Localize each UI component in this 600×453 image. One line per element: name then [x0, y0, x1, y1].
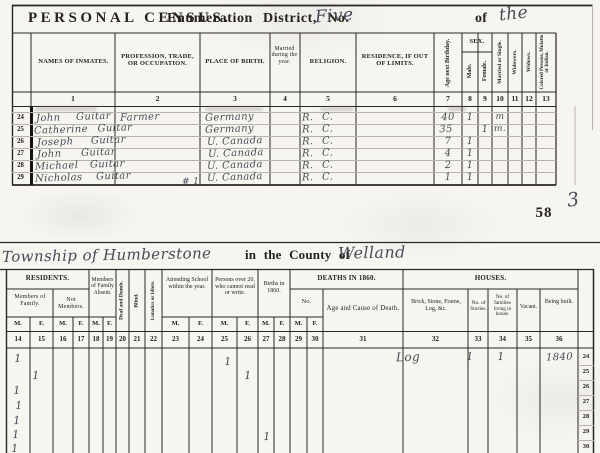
faded-row-fragment: [448, 106, 466, 111]
col-number-30: 30: [307, 335, 323, 343]
header-age-next-birthday: Age next Birthday.: [435, 36, 461, 90]
col27-mf-label: M.: [258, 320, 274, 327]
col-number-27: 27: [258, 335, 274, 343]
inmate-religion: R. C.: [302, 159, 334, 171]
col-number-36: 36: [540, 335, 578, 343]
header-residents-group: RESIDENTS.: [6, 275, 89, 283]
col24-mf-label: F.: [189, 320, 212, 327]
col29-mf-label: M.: [290, 320, 307, 327]
col-number-26: 26: [237, 335, 258, 343]
col-number-14: 14: [6, 335, 30, 343]
col-number-20: 20: [116, 335, 129, 343]
header-members-of-family: Members of Family.: [8, 294, 52, 307]
header-deaf-and-dumb: Deaf and Dumb.: [116, 273, 129, 329]
col-number-33: 33: [468, 335, 488, 343]
col-number-31: 31: [323, 335, 403, 343]
family-member-male-tally: 1: [5, 442, 25, 453]
col19-mf-label: F.: [103, 320, 116, 327]
margin-row-number: 24: [579, 353, 593, 360]
col16-mf-label: M.: [53, 320, 73, 327]
col-number-17: 17: [73, 335, 89, 343]
row-number: 24: [12, 114, 29, 121]
col-number-32: 32: [403, 335, 468, 343]
margin-row-number: 29: [579, 428, 593, 435]
of-label: of: [475, 11, 487, 27]
inmate-occupation-note: # 1: [182, 177, 200, 188]
col-number-12: 12: [522, 94, 536, 103]
margin-row-number: 25: [579, 368, 593, 375]
header-births-1860: Births in 1860.: [259, 281, 289, 294]
header-houses-group: HOUSES.: [404, 275, 577, 283]
family-member-male-tally: 1: [7, 384, 27, 398]
col-number-3: 3: [200, 94, 270, 103]
header-profession: PROFESSION, TRADE, OR OCCUPATION.: [117, 53, 198, 68]
col17-mf-label: F.: [73, 320, 89, 327]
header-married-or-single: Married or Single.: [492, 35, 508, 89]
header-religion: RELIGION.: [302, 58, 354, 65]
cannot-read-male-tally: 1: [218, 355, 238, 369]
sex-male-mark: 1: [462, 136, 478, 148]
inmate-religion: R. C.: [302, 171, 334, 183]
col-number-19: 19: [103, 335, 116, 343]
stories-tally: 1: [461, 350, 479, 364]
col-number-8: 8: [462, 94, 478, 103]
township-value-handwritten: Township of Humberstone: [2, 244, 212, 266]
col-number-7: 7: [434, 94, 462, 103]
census-page-scan: PERSONAL CENSUS. Enumeration District, N…: [0, 0, 600, 453]
inmate-birthplace: Germany: [205, 111, 254, 124]
header-being-built: Being built.: [541, 299, 577, 306]
inmate-birthplace: U. Canada: [207, 135, 263, 148]
families-in-house-tally: 1: [492, 350, 510, 364]
inmate-religion: R. C.: [302, 123, 334, 135]
margin-row-number: 30: [579, 443, 593, 450]
header-place-of-birth: PLACE OF BIRTH.: [202, 58, 268, 65]
district-value-handwritten: Five: [314, 5, 354, 28]
header-deaths-no: No.: [291, 298, 322, 305]
col18-mf-label: M.: [89, 320, 103, 327]
county-label: in the County of: [245, 248, 350, 263]
header-male: Male.: [462, 53, 478, 89]
row-number: 29: [12, 174, 29, 181]
sex-male-mark: 1: [462, 148, 478, 160]
header-female: Female.: [477, 53, 493, 89]
family-member-female-tally: 1: [26, 369, 46, 383]
inmate-age: 1: [436, 172, 460, 184]
family-member-male-tally: 1: [9, 399, 29, 413]
inmate-religion: R. C.: [302, 111, 334, 123]
births-male-tally: 1: [258, 430, 276, 444]
col-number-24: 24: [189, 335, 212, 343]
inmate-age: 35: [434, 124, 458, 136]
header-names-of-inmates: NAMES OF INMATES.: [33, 58, 114, 65]
family-member-male-tally: 1: [7, 414, 27, 428]
col-number-15: 15: [30, 335, 53, 343]
inmate-age: 4: [436, 148, 460, 160]
faded-row-fragment: [35, 107, 97, 111]
header-families-living-in-house: No. of families living in house.: [489, 295, 516, 318]
inmate-birthplace: Germany: [205, 123, 254, 136]
header-family-absent: Members of Family Absent.: [90, 277, 115, 296]
col-number-11: 11: [508, 94, 522, 103]
col-number-10: 10: [492, 94, 508, 103]
header-brick-stone-frame-log: Brick, Stone, Frame, Log, &c.: [405, 299, 467, 312]
county-value-handwritten: Welland: [338, 242, 406, 262]
col-number-5: 5: [300, 94, 356, 103]
inmate-birthplace: U. Canada: [208, 147, 264, 160]
header-no-of-stories: No. of Stories.: [469, 300, 488, 312]
married-mark: m: [492, 112, 508, 123]
header-vacant: Vacant.: [518, 304, 539, 310]
col-number-34: 34: [488, 335, 517, 343]
header-married-during-year: Married during the year.: [271, 46, 298, 65]
family-member-male-tally: 1: [6, 428, 26, 442]
header-age-and-cause-of-death: Age and Cause of Death.: [324, 305, 402, 313]
sex-male-mark: 1: [462, 160, 478, 172]
header-blind: Blind.: [130, 273, 145, 329]
inmate-birthplace: U. Canada: [207, 171, 263, 184]
header-residence-out-of-limits: RESIDENCE, IF OUT OF LIMITS.: [358, 53, 432, 68]
col-number-16: 16: [53, 335, 73, 343]
row-number: 28: [12, 162, 29, 169]
margin-row-number: 28: [579, 413, 593, 420]
year-built-entry: 1840: [546, 352, 573, 364]
inmate-birthplace: U. Canada: [207, 159, 263, 172]
col25-mf-label: M.: [212, 320, 237, 327]
header-deaths-1860-group: DEATHS IN 1860.: [291, 275, 402, 283]
header-attending-school: Attending School within the year.: [163, 277, 211, 290]
col-number-18: 18: [89, 335, 103, 343]
faded-row-fragment: [205, 107, 263, 111]
col-number-35: 35: [517, 335, 540, 343]
header-sex-group: SEX.: [462, 38, 492, 45]
inmate-religion: R. C.: [302, 147, 334, 159]
col-number-2: 2: [115, 94, 200, 103]
col15-mf-label: F.: [30, 320, 53, 327]
cannot-read-female-tally: 1: [238, 369, 258, 383]
sex-male-mark: 1: [462, 172, 478, 184]
sex-female-mark: 1: [478, 124, 492, 135]
col26-mf-label: F.: [237, 320, 258, 327]
row-number: 26: [12, 138, 29, 145]
family-member-male-tally: 1: [8, 352, 28, 366]
inmate-age: 40: [436, 112, 460, 124]
col-number-13: 13: [536, 94, 556, 103]
page-number: 58: [530, 205, 558, 222]
house-material-entry: Log: [396, 350, 421, 365]
col28-mf-label: F.: [274, 320, 290, 327]
of-value-handwritten: the: [498, 3, 529, 26]
col30-mf-label: F.: [307, 320, 323, 327]
inmate-age: 7: [436, 136, 460, 148]
margin-row-number: 27: [579, 398, 593, 405]
inmate-age: 2: [436, 160, 460, 172]
col-number-21: 21: [129, 335, 145, 343]
col-number-29: 29: [290, 335, 307, 343]
col-number-1: 1: [31, 94, 115, 103]
header-colored-persons: Colored Persons, Mulatto or Indian.: [533, 34, 557, 90]
inmate-religion: R. C.: [302, 135, 334, 147]
row-number: 25: [12, 126, 29, 133]
faded-row-fragment: [320, 107, 354, 111]
col23-mf-label: M.: [162, 320, 189, 327]
col14-mf-label: M.: [6, 320, 30, 327]
col-number-22: 22: [145, 335, 162, 343]
col-number-28: 28: [274, 335, 290, 343]
col-number-25: 25: [212, 335, 237, 343]
col-number-9: 9: [478, 94, 492, 103]
header-lunatics-or-idiots: Lunatics or Idiots.: [145, 272, 162, 329]
col-number-4: 4: [270, 94, 300, 103]
header-cannot-read-write: Persons over 20, who cannot read or writ…: [213, 277, 257, 297]
header-not-members: Not Members.: [54, 297, 88, 310]
margin-row-number: 26: [579, 383, 593, 390]
row-number: 27: [12, 150, 29, 157]
married-mark: m.: [492, 124, 508, 135]
col-number-23: 23: [162, 335, 189, 343]
col-number-6: 6: [356, 94, 434, 103]
sex-male-mark: 1: [462, 112, 478, 124]
